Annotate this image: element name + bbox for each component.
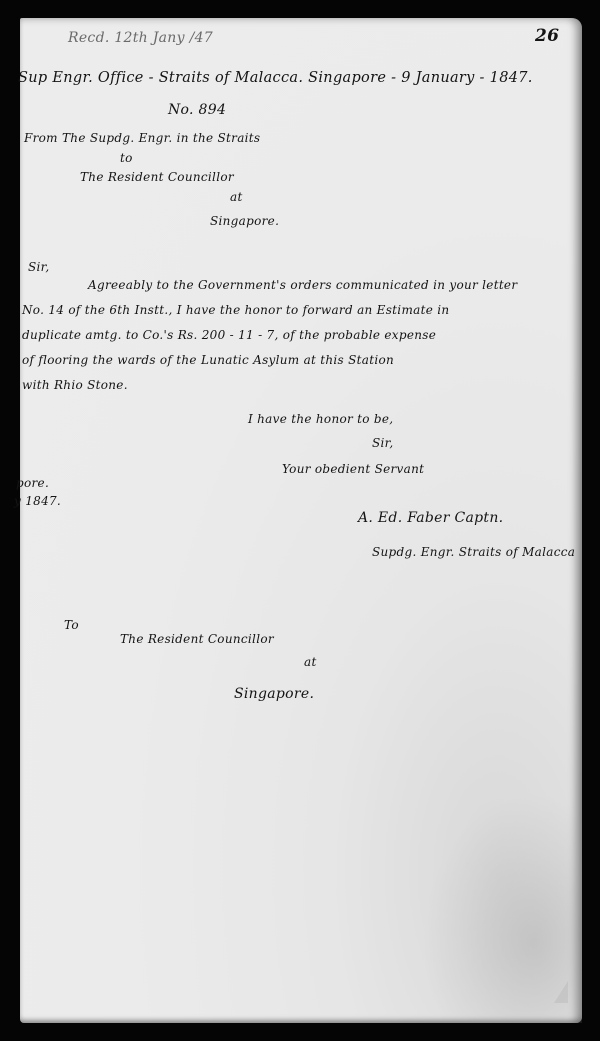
office-date-header: Sup Engr. Office - Straits of Malacca. S… — [18, 70, 533, 86]
address-at: at — [304, 655, 317, 669]
closing-sir: Sir, — [372, 436, 394, 450]
address-recipient: The Resident Councillor — [120, 632, 274, 646]
received-annotation: Recd. 12th Jany /47 — [68, 30, 213, 46]
signature-name: A. Ed. Faber Captn. — [358, 510, 503, 526]
body-line-4: of flooring the wards of the Lunatic Asy… — [22, 353, 394, 367]
torn-corner — [554, 981, 568, 1003]
recipient-at: at — [230, 190, 243, 204]
from-label: From — [24, 131, 58, 145]
recipient: The Resident Councillor — [80, 170, 234, 184]
recipient-place: Singapore. — [210, 214, 279, 228]
margin-fragment-1: pore. — [16, 476, 49, 490]
margin-fragment-2: y 1847. — [14, 494, 61, 508]
letter-number: No. 894 — [168, 102, 226, 118]
page-number: 26 — [535, 26, 559, 46]
to-connector: to — [120, 151, 133, 165]
salutation: Sir, — [28, 260, 50, 274]
manuscript-page: Recd. 12th Jany /47 26 Sup Engr. Office … — [20, 18, 582, 1023]
body-line-2: No. 14 of the 6th Instt., I have the hon… — [22, 303, 449, 317]
signature-title: Supdg. Engr. Straits of Malacca — [372, 545, 575, 559]
address-to-label: To — [64, 618, 79, 632]
from-value: The Supdg. Engr. in the Straits — [62, 131, 260, 145]
closing-honor: I have the honor to be, — [248, 412, 393, 426]
body-line-5: with Rhio Stone. — [22, 378, 128, 392]
address-place: Singapore. — [234, 686, 314, 702]
body-line-1: Agreeably to the Government's orders com… — [88, 278, 517, 292]
body-line-3: duplicate amtg. to Co.'s Rs. 200 - 11 - … — [22, 328, 436, 342]
closing-servant: Your obedient Servant — [282, 462, 424, 476]
